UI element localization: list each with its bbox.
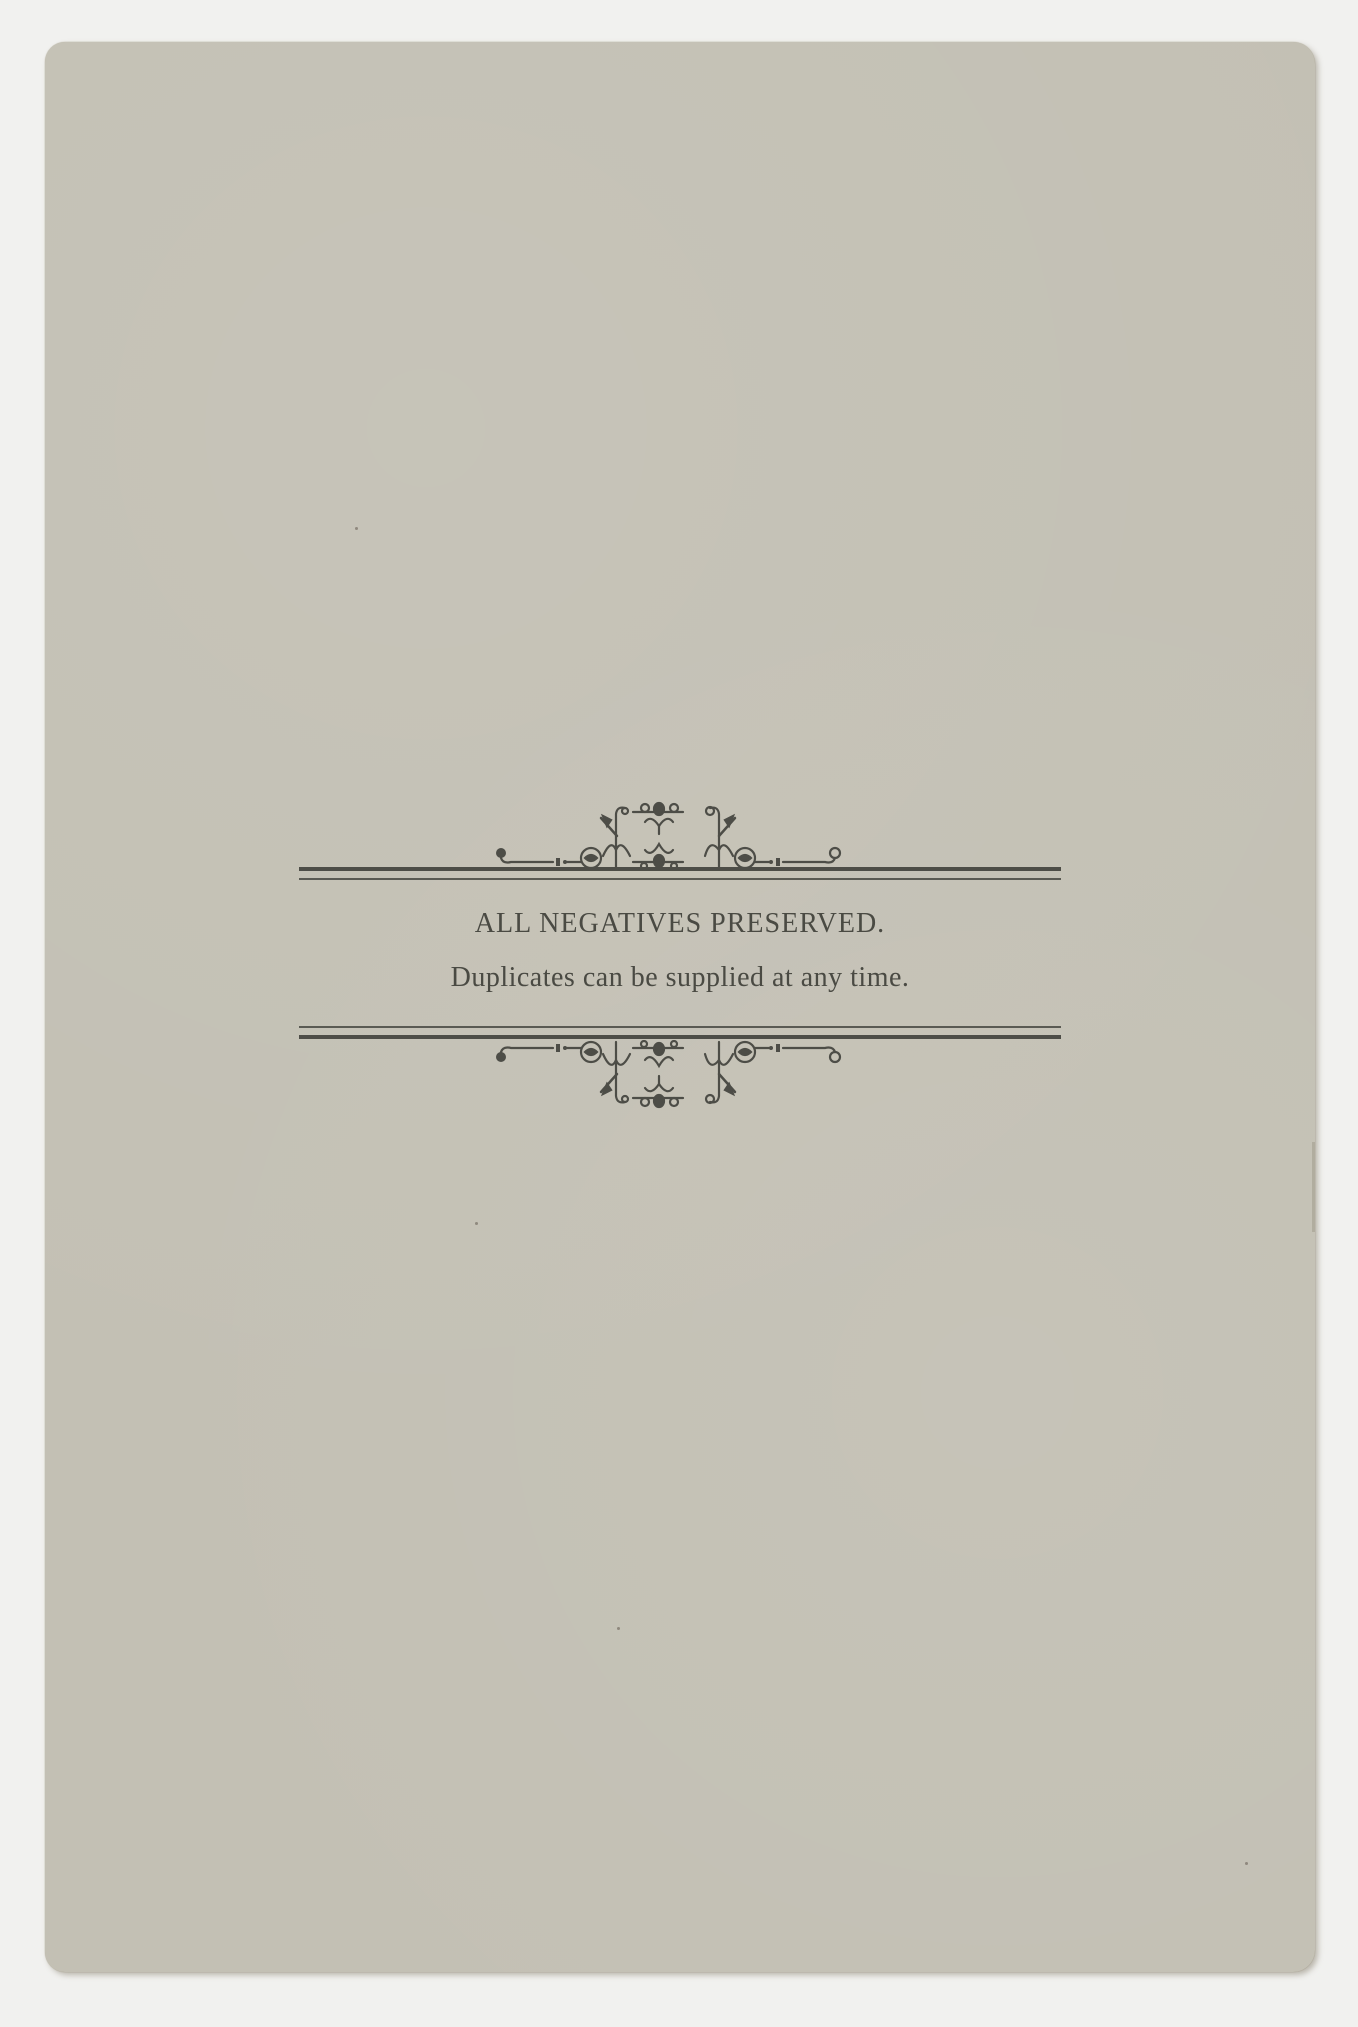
bottom-scroll-ornament-icon	[493, 1040, 843, 1110]
paper-speck	[355, 527, 358, 530]
notice-title: ALL NEGATIVES PRESERVED.	[45, 908, 1315, 940]
cabinet-card-back: ALL NEGATIVES PRESERVED. Duplicates can …	[45, 42, 1315, 1972]
paper-speck	[1245, 1862, 1248, 1865]
top-heavy-rule	[299, 867, 1061, 871]
paper-speck	[475, 1222, 478, 1225]
edge-crack	[1312, 1142, 1315, 1232]
bottom-thin-rule	[299, 1026, 1061, 1028]
top-thin-rule	[299, 878, 1061, 880]
paper-speck	[617, 1627, 620, 1630]
notice-subtitle: Duplicates can be supplied at any time.	[45, 962, 1315, 994]
top-scroll-ornament-icon	[493, 800, 843, 870]
bottom-heavy-rule	[299, 1035, 1061, 1039]
